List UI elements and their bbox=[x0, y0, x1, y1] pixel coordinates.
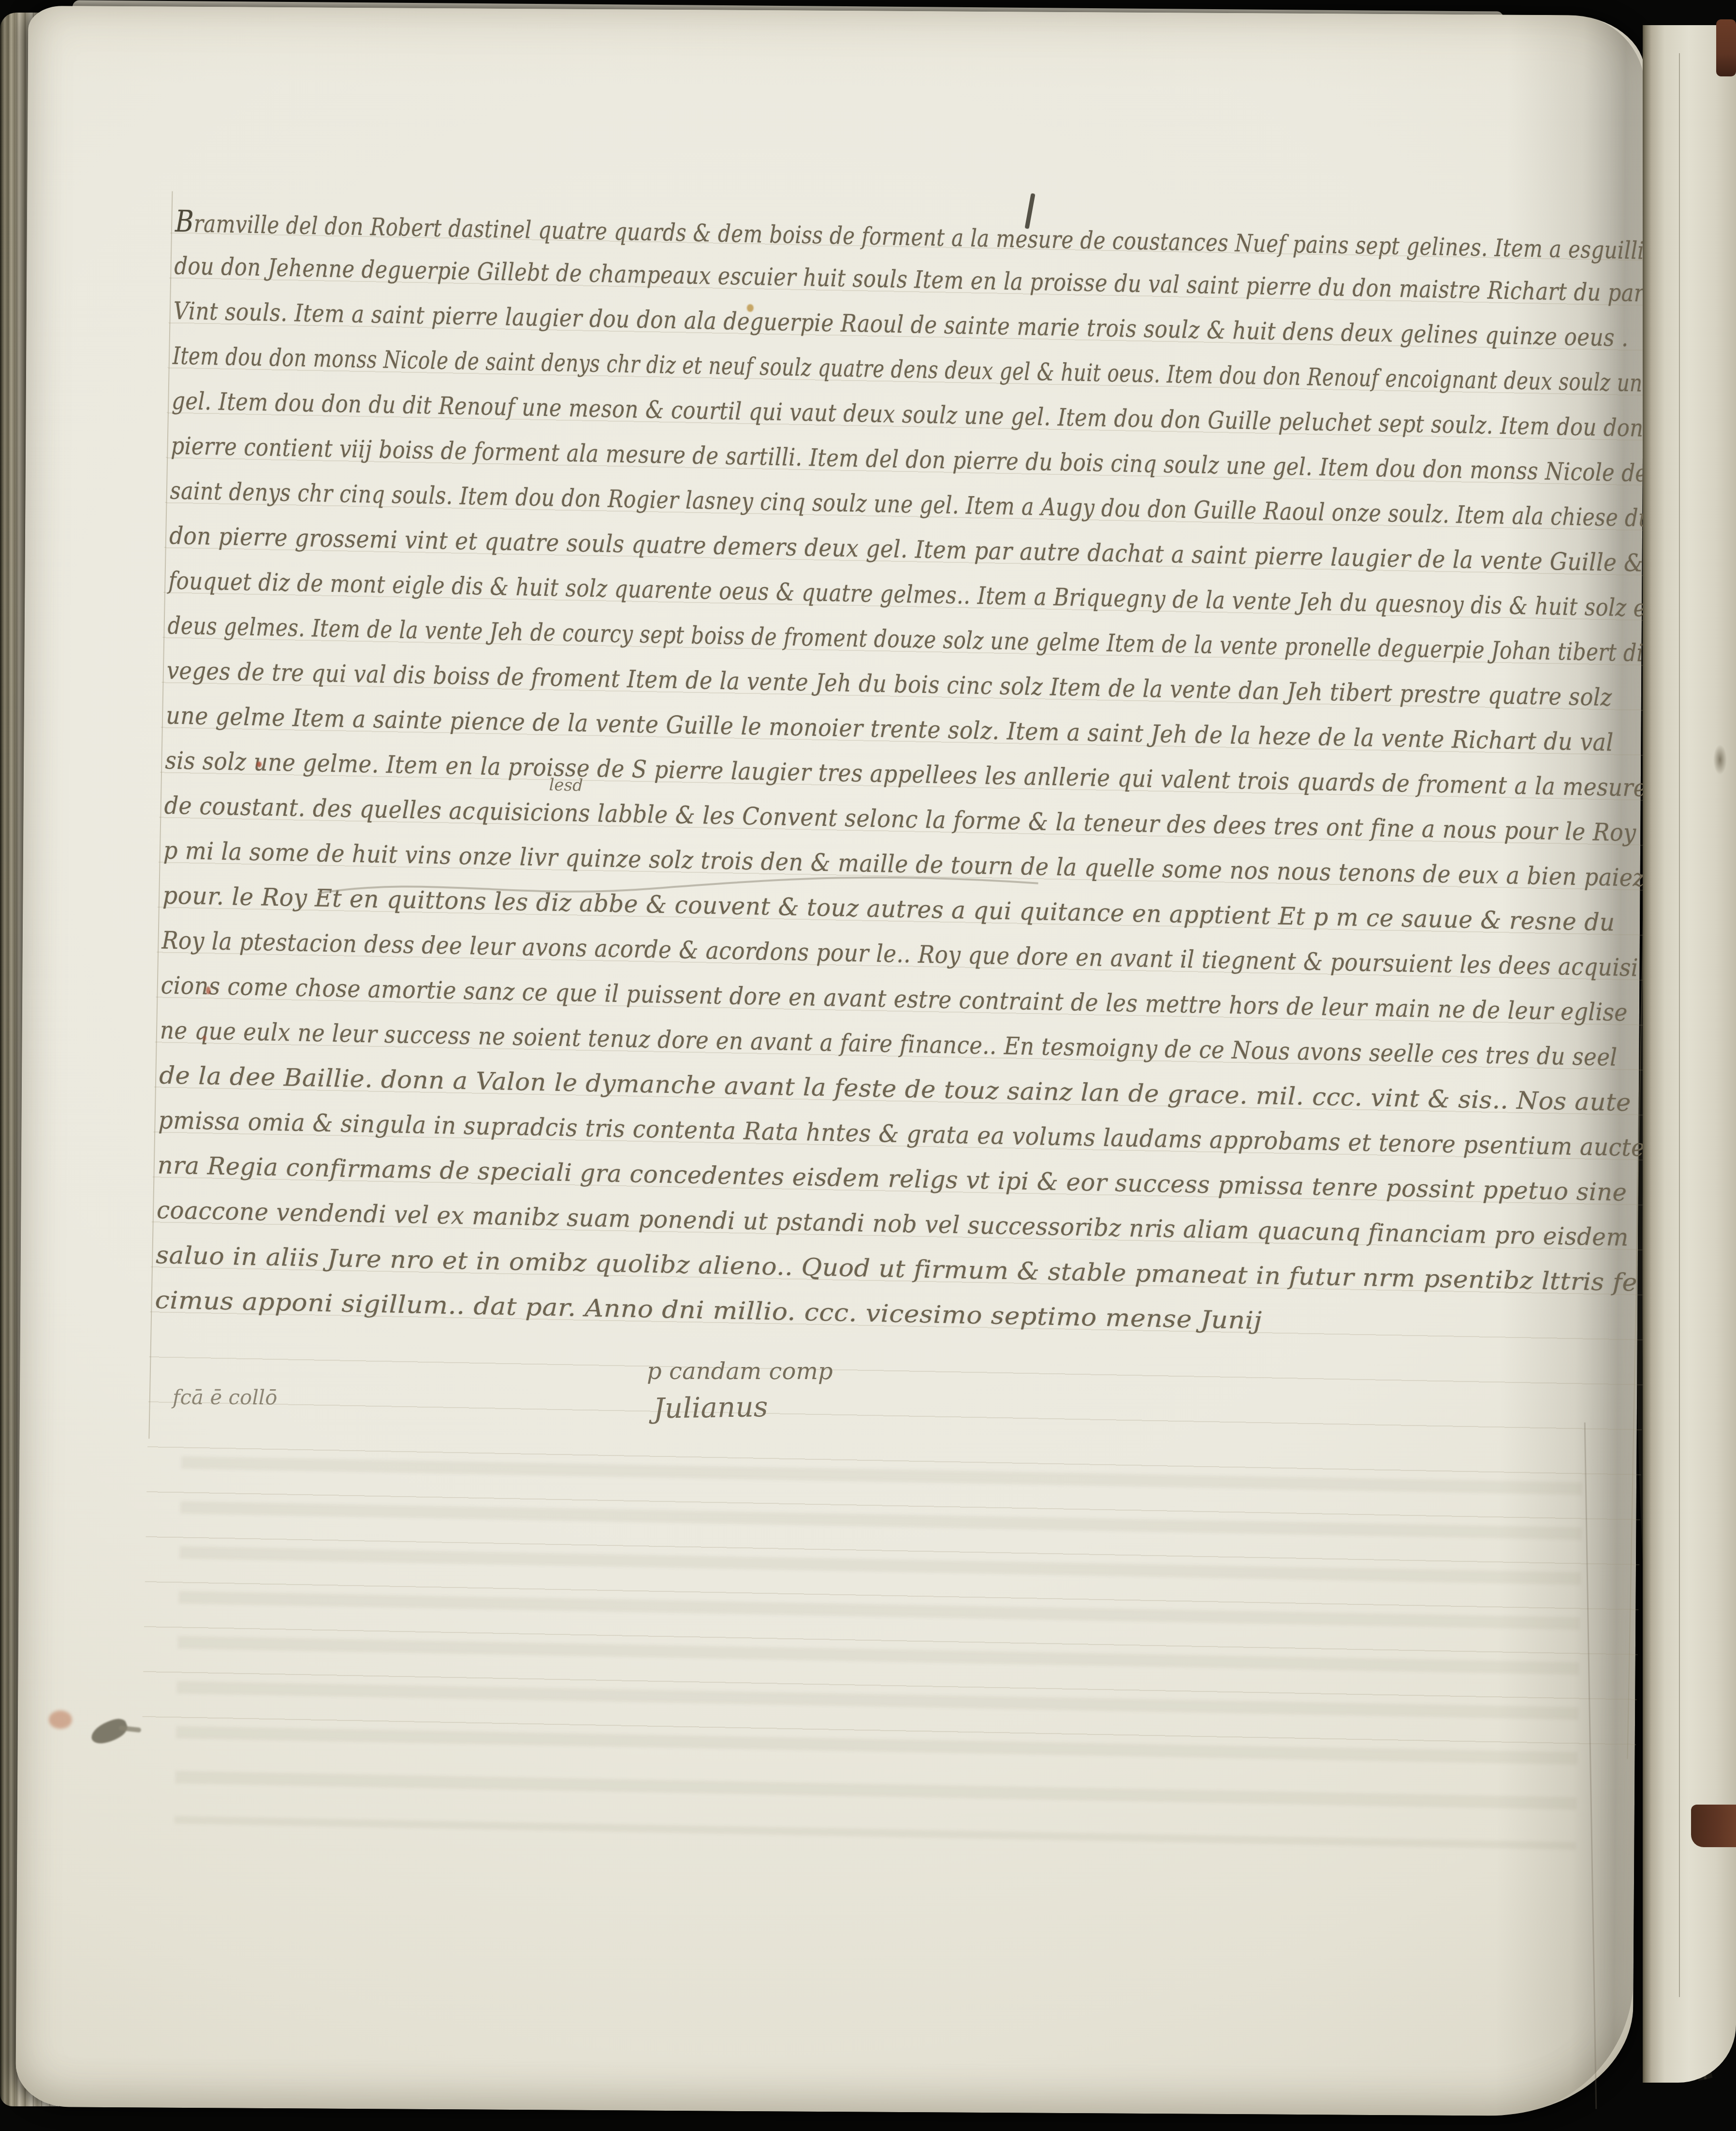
manuscript-lines: Bramville del don Robert dastinel quatre… bbox=[146, 199, 1657, 1774]
next-folio-crease bbox=[1679, 53, 1680, 1997]
leather-cover-sliver-top bbox=[1716, 19, 1736, 76]
text-block: Bramville del don Robert dastinel quatre… bbox=[146, 199, 1657, 1774]
leather-cover-sliver-bottom bbox=[1691, 1805, 1736, 1847]
fore-edge-ink-mark bbox=[1713, 745, 1727, 775]
graphite-squiggle bbox=[313, 863, 1048, 911]
red-fleck bbox=[203, 1036, 206, 1041]
photo-backdrop: Bramville del don Robert dastinel quatre… bbox=[0, 0, 1736, 2131]
next-folio-edge bbox=[1643, 25, 1736, 2083]
ink-smudge bbox=[88, 1716, 130, 1748]
amber-fleck bbox=[747, 304, 754, 312]
registration-note: p candam comp bbox=[647, 1358, 833, 1385]
red-fleck bbox=[257, 762, 262, 767]
stain bbox=[49, 1710, 72, 1729]
book-page: Bramville del don Robert dastinel quatre… bbox=[15, 6, 1645, 2116]
clerk-signature: Julianus bbox=[653, 1390, 768, 1425]
interlinear-addition: lesd bbox=[549, 775, 583, 795]
red-fleck bbox=[206, 986, 210, 994]
collation-note: fcā ē collō bbox=[173, 1385, 277, 1409]
